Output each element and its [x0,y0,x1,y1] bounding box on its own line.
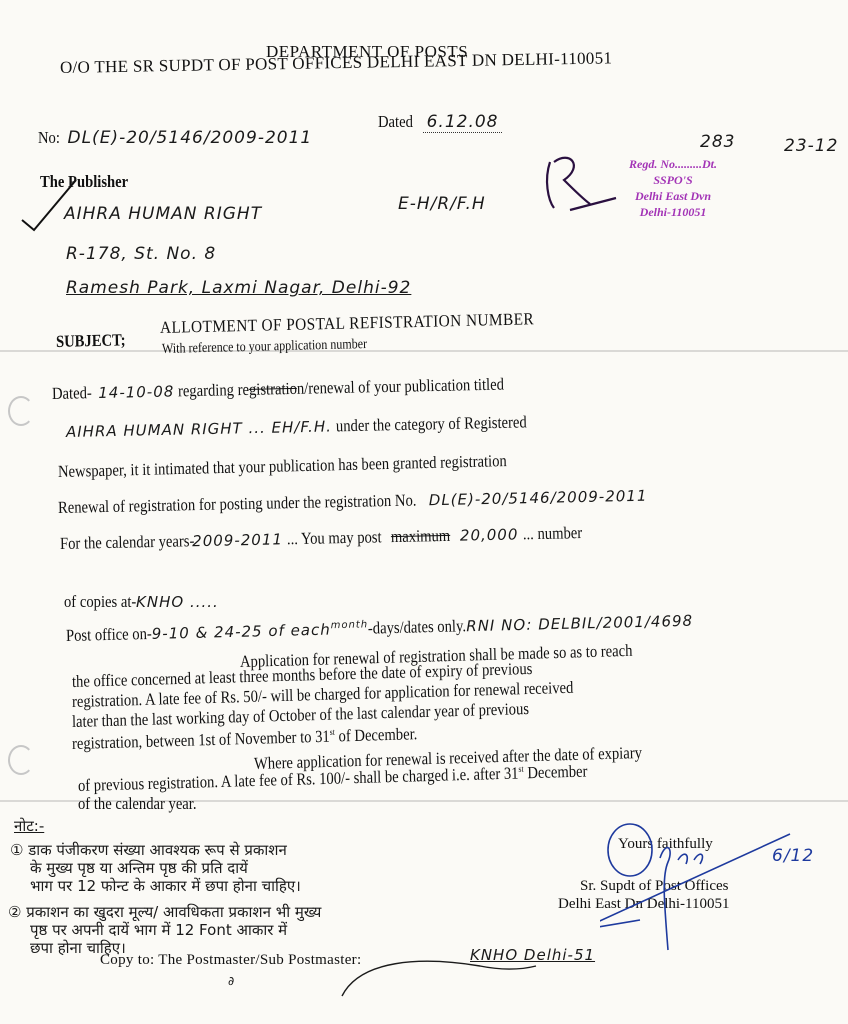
publication-title: AIHRA HUMAN RIGHT ... EH/F.H. [66,417,332,441]
para2-line3: of the calendar year. [78,794,197,814]
reference-no-value: DL(E)-20/5146/2009-2011 [68,128,313,148]
month-superscript: month [331,619,369,631]
note-label: नोट:- [14,818,44,834]
underline-flourish-icon [340,950,540,1000]
stamp-line: Regd. No.........Dt. [598,156,748,172]
received-date: 23-12 [784,136,838,156]
posting-days: 9-10 & 24-25 of each [152,621,331,643]
number-text: ... number [522,523,582,544]
reference-date: Dated 6.12.08 [378,112,502,132]
body-line-registration-no: Renewal of registration for posting unde… [58,486,648,518]
office-heading: O/O THE SR SUPDT OF POST OFFICES DELHI E… [60,48,613,78]
rni-number: RNI NO: DELBIL/2001/4698 [466,612,693,636]
office-stamp: Regd. No.........Dt. SSPO'S Delhi East D… [598,156,748,220]
note-item1-line2: के मुख्य पृष्ठ या अन्तिम पृष्ठ की प्रति … [30,860,248,876]
punch-hole [8,745,34,775]
body-line-copies: of copies at-KNHO ..... [64,592,219,612]
calendar-years: 2009-2011 [192,530,283,550]
copy-to-label: Copy to: The Postmaster/Sub Postmaster: [100,952,361,969]
received-number: 283 [700,132,735,152]
body-line-post-office: Post office on-9-10 & 24-25 of eachmonth… [66,611,694,646]
stamp-line: SSPO'S [598,172,748,188]
category-text: under the category of Registered [336,412,527,436]
initial-signature-icon [540,150,620,220]
stamp-line: Delhi-110051 [598,204,748,220]
calendar-label: For the calendar years- [60,531,195,554]
registration-no-label: Renewal of registration for posting unde… [58,490,417,518]
copies-at-label: of copies at- [64,592,136,612]
body-line-title: AIHRA HUMAN RIGHT ... EH/F.H. under the … [66,412,558,442]
addressee-address-line1: R-178, St. No. 8 [66,244,216,264]
addressee-name: AIHRA HUMAN RIGHT [64,204,262,224]
addressee-address-line2: Ramesh Park, Laxmi Nagar, Delhi-92 [66,278,411,298]
note-item2-line2: पृष्ठ पर अपनी दायें भाग में 12 Font आकार… [30,922,287,938]
copies-count: 20,000 [460,525,519,544]
stray-mark: ∂ [228,974,235,988]
post-office-label: Post office on- [66,624,152,646]
document-page: DEPARTMENT OF POSTS O/O THE SR SUPDT OF … [0,0,848,1024]
stamp-line: Delhi East Dvn [598,188,748,204]
regarding-text: regarding registration/renewal of your p… [178,375,504,402]
reference-number: No: DL(E)-20/5146/2009-2011 [38,128,312,148]
note-item2-line1: ② प्रकाशन का खुदरा मूल्य/ आवधिकता प्रकाश… [8,904,321,920]
reference-no-label: No: [38,128,60,148]
days-dates-text: -days/dates only. [368,616,467,638]
dated-value: 6.12.08 [423,112,503,133]
official-signature-icon [600,820,820,960]
dated-prefix: Dated- [52,383,92,404]
may-post-text: ... You may post [287,527,382,549]
body-line-granted: Newspaper, it it intimated that your pub… [58,451,507,482]
body-line-application: With reference to your application numbe… [162,337,367,358]
body-line-dated: Dated-14-10-08regarding registration/ren… [52,373,558,404]
application-date: 14-10-08 [98,382,174,402]
note-item1-line3: भाग पर 12 फोन्ट के आकार में छपा होना चाह… [30,878,301,894]
copies-at-value: KNHO ..... [136,593,219,611]
registration-no-value: DL(E)-20/5146/2009-2011 [429,487,648,510]
subject-text: ALLOTMENT OF POSTAL REFISTRATION NUMBER [160,309,534,338]
punch-hole [8,396,34,426]
note-item1-line1: ① डाक पंजीकरण संख्या आवश्यक रूप से प्रका… [10,842,287,858]
dated-label: Dated [378,112,413,132]
addressee-name-suffix: E-H/R/F.H [398,194,486,214]
body-line-calendar: For the calendar years-2009-2011 ... You… [60,523,592,554]
paper-fold [0,350,848,352]
subject-label: SUBJECT; [56,330,126,352]
struck-maximum: maximum [391,526,451,547]
